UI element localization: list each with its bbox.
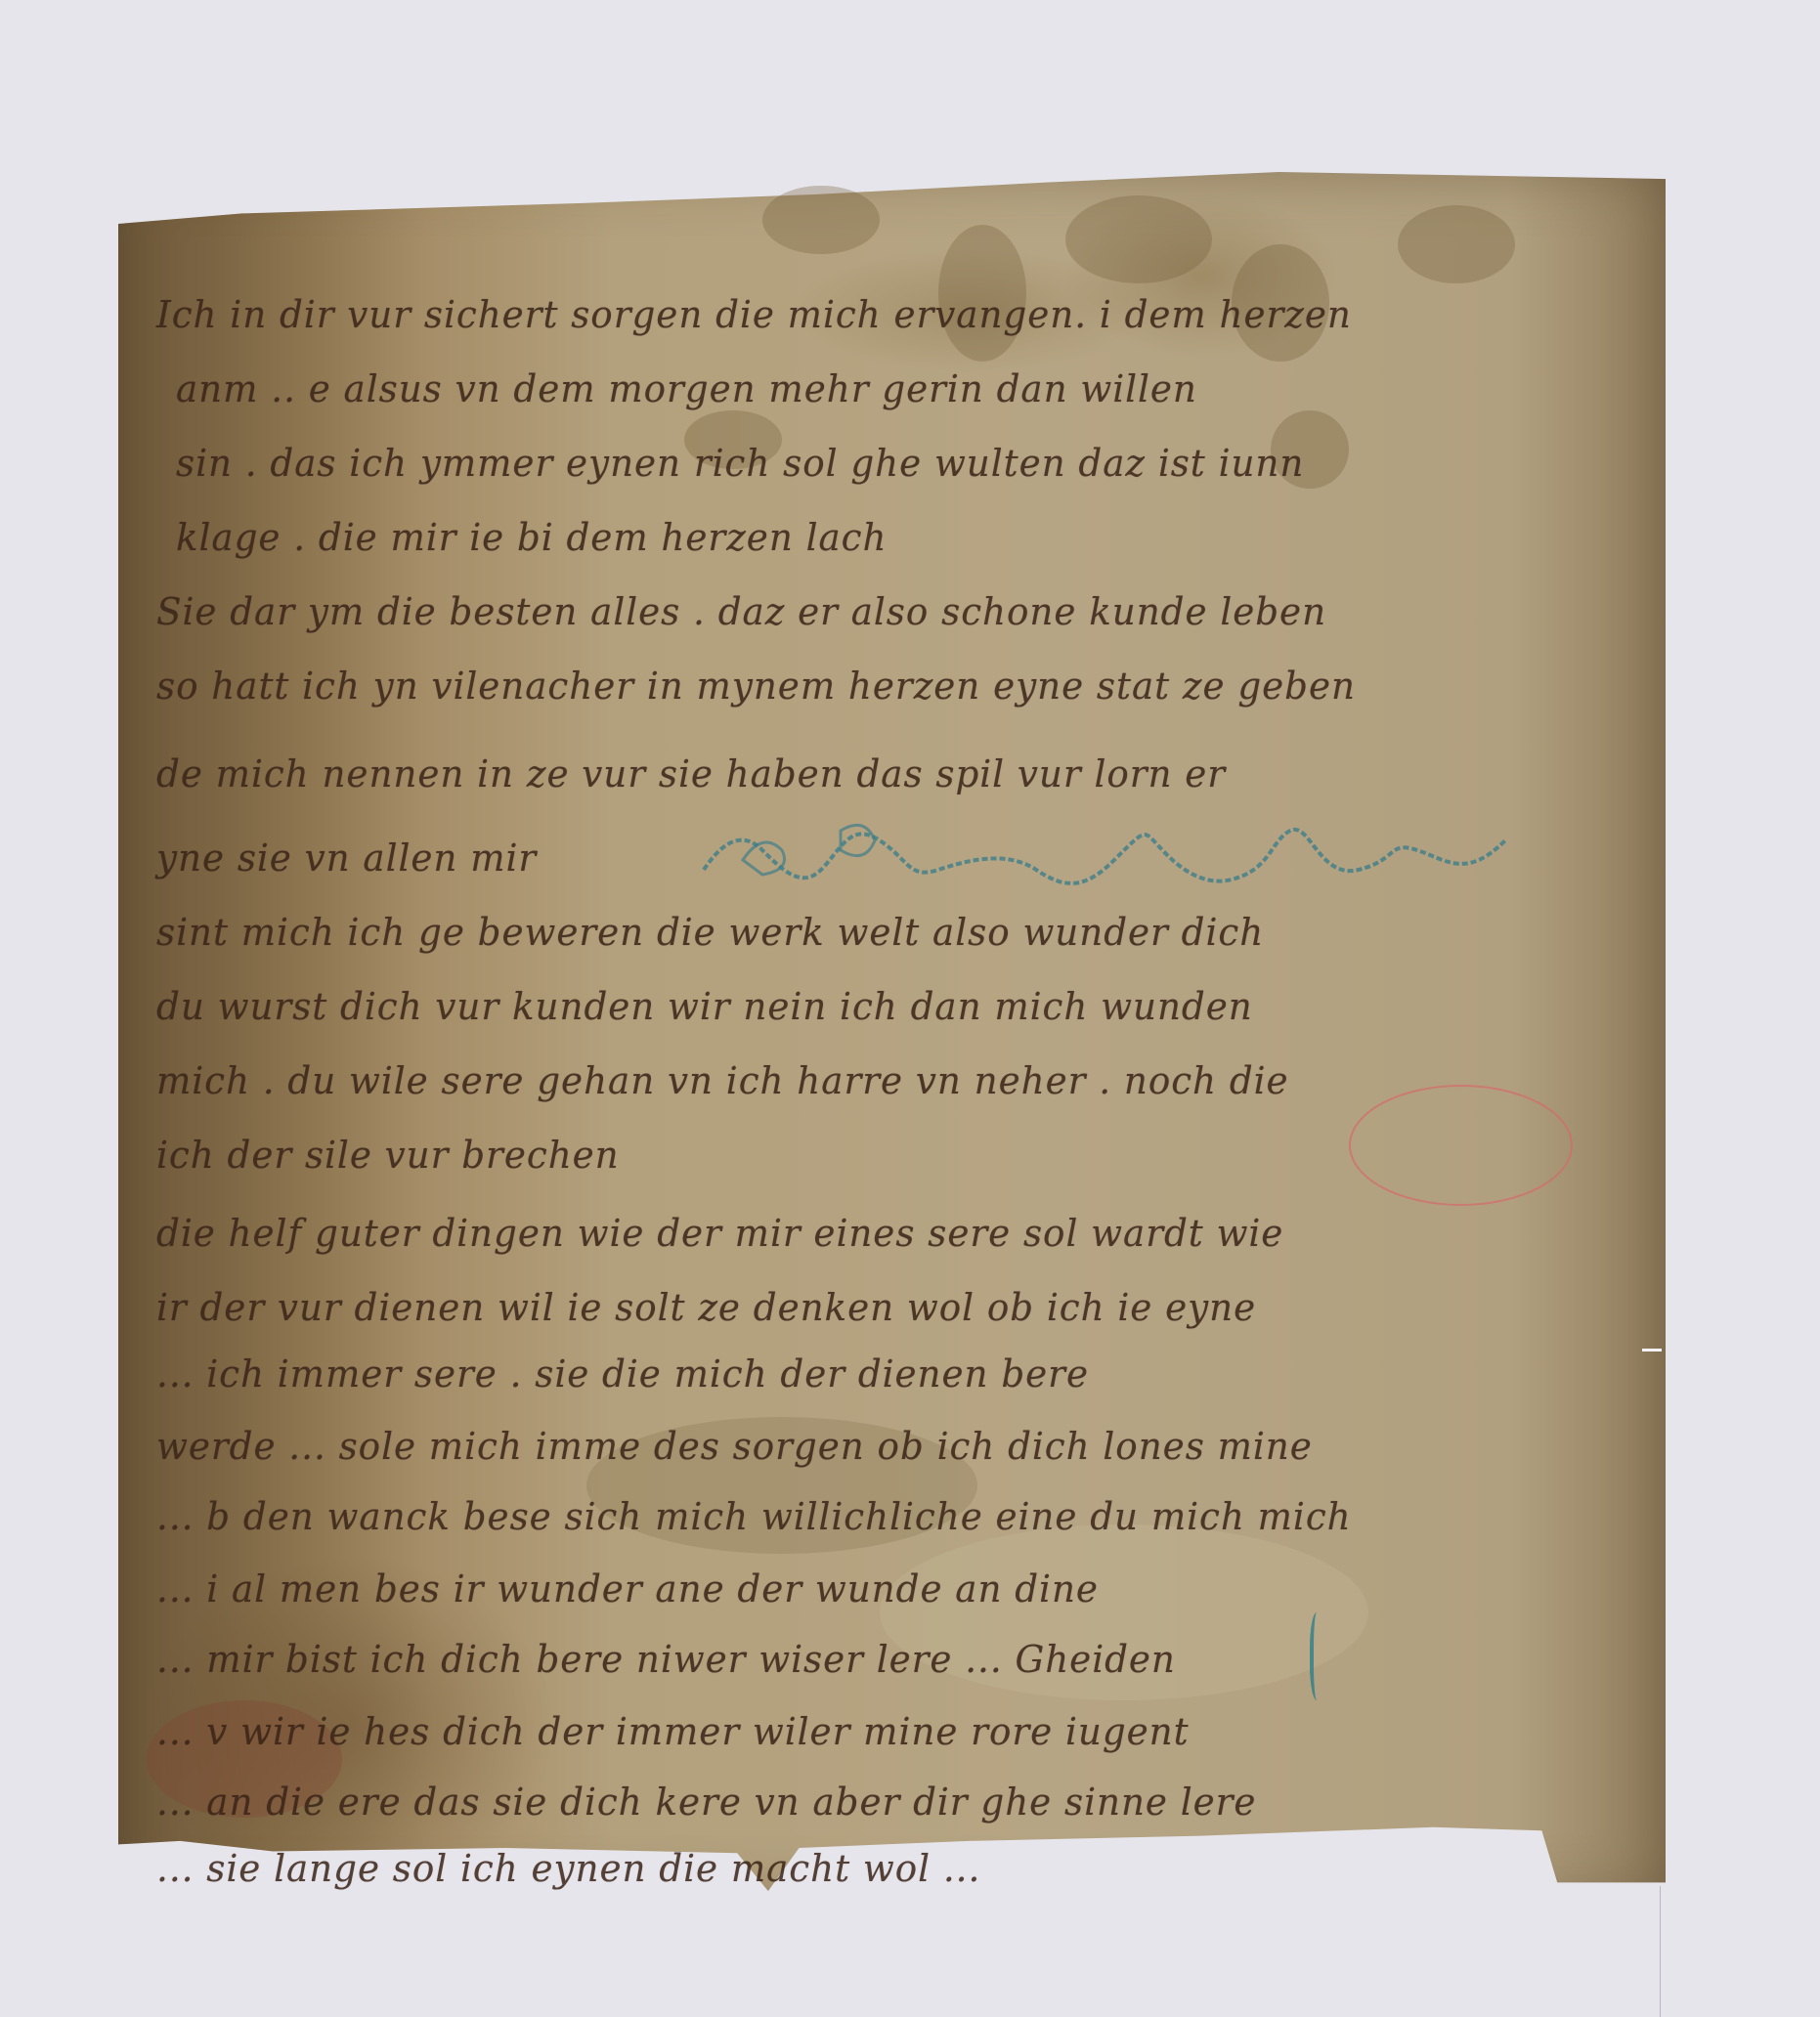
text-line: Sie dar ym die besten alles . daz er als…	[156, 590, 1326, 633]
text-line: so hatt ich yn vilenacher in mynem herze…	[156, 665, 1356, 708]
stain	[1398, 205, 1515, 283]
text-line: ich der sile vur brechen	[156, 1134, 620, 1177]
text-line: du wurst dich vur kunden wir nein ich da…	[156, 985, 1253, 1028]
stain	[762, 186, 880, 254]
text-line: werde ... sole mich imme des sorgen ob i…	[156, 1425, 1313, 1468]
text-line: ... ich immer sere . sie die mich der di…	[156, 1352, 1089, 1395]
text-line: mich . du wile sere gehan vn ich harre v…	[156, 1059, 1289, 1102]
text-line: ... v wir ie hes dich der immer wiler mi…	[156, 1710, 1190, 1753]
library-stamp	[1349, 1085, 1573, 1206]
text-line: ... mir bist ich dich bere niwer wiser l…	[156, 1638, 1176, 1681]
blue-flourish-decoration	[684, 801, 1515, 919]
text-line: ... an die ere das sie dich kere vn aber…	[156, 1781, 1256, 1824]
text-line: ... b den wanck bese sich mich willichli…	[156, 1495, 1352, 1538]
text-line: ... i al men bes ir wunder ane der wunde…	[156, 1567, 1099, 1610]
text-line: yne sie vn allen mir	[156, 837, 537, 880]
stain	[1065, 195, 1212, 283]
text-line: ... sie lange sol ich eynen die macht wo…	[156, 1847, 980, 1890]
text-line: klage . die mir ie bi dem herzen lach	[176, 516, 887, 559]
text-line: sin . das ich ymmer eynen rich sol ghe w…	[176, 442, 1304, 485]
tear-mark	[1642, 1349, 1662, 1352]
text-line: ir der vur dienen wil ie solt ze denken …	[156, 1286, 1256, 1329]
text-line: de mich nennen in ze vur sie haben das s…	[156, 752, 1226, 795]
text-line: Ich in dir vur sichert sorgen die mich e…	[156, 293, 1352, 336]
text-line: die helf guter dingen wie der mir eines …	[156, 1212, 1283, 1255]
blue-initial-mark	[1310, 1612, 1327, 1700]
mount-edge-line	[1660, 1886, 1661, 2017]
text-line: anm .. e alsus vn dem morgen mehr gerin …	[176, 367, 1197, 410]
